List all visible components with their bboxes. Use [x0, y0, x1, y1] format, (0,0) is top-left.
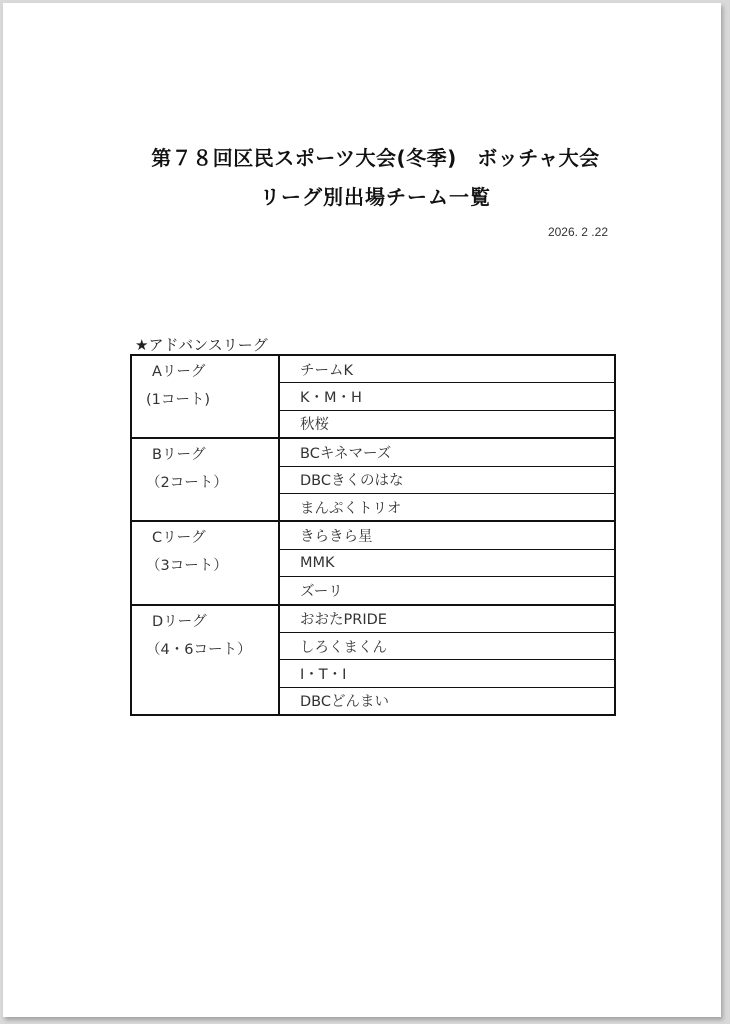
table-row: Dリーグ （4・6コート） おおたPRIDE: [131, 605, 615, 633]
team-cell: K・M・H: [279, 383, 615, 410]
team-cell: MMK: [279, 549, 615, 576]
league-name: Dリーグ: [132, 608, 278, 636]
section-label-advance-league: ★アドバンスリーグ: [135, 334, 268, 355]
team-cell: ズーリ: [279, 577, 615, 605]
league-cell-d: Dリーグ （4・6コート）: [131, 605, 279, 716]
team-cell: きらきら星: [279, 521, 615, 549]
league-table: Aリーグ (1コート) チームK K・M・H 秋桜 Bリーグ （2コート） BC…: [130, 354, 616, 716]
team-cell: まんぷくトリオ: [279, 493, 615, 521]
team-cell: おおたPRIDE: [279, 605, 615, 633]
document-subtitle: リーグ別出場チーム一覧: [3, 181, 730, 210]
league-court: (1コート): [132, 386, 278, 414]
team-cell: I・T・I: [279, 660, 615, 687]
league-name: Aリーグ: [132, 358, 278, 386]
league-court: （4・6コート）: [132, 636, 278, 664]
league-name: Bリーグ: [132, 441, 278, 469]
league-court: （3コート）: [132, 552, 278, 580]
table-row: Bリーグ （2コート） BCキネマーズ: [131, 438, 615, 466]
league-name: Cリーグ: [132, 524, 278, 552]
league-cell-a: Aリーグ (1コート): [131, 355, 279, 438]
team-cell: BCキネマーズ: [279, 438, 615, 466]
league-cell-b: Bリーグ （2コート）: [131, 438, 279, 521]
table-row: Aリーグ (1コート) チームK: [131, 355, 615, 383]
document-date: 2026. 2 .22: [548, 225, 608, 239]
table-row: Cリーグ （3コート） きらきら星: [131, 521, 615, 549]
document-title: 第７８回区民スポーツ大会(冬季) ボッチャ大会: [3, 142, 730, 171]
team-cell: 秋桜: [279, 410, 615, 438]
document-page: 第７８回区民スポーツ大会(冬季) ボッチャ大会 リーグ別出場チーム一覧 2026…: [3, 3, 721, 1017]
team-cell: しろくまくん: [279, 632, 615, 659]
league-cell-c: Cリーグ （3コート）: [131, 521, 279, 604]
league-court: （2コート）: [132, 469, 278, 497]
team-cell: DBCきくのはな: [279, 466, 615, 493]
team-cell: DBCどんまい: [279, 687, 615, 715]
team-cell: チームK: [279, 355, 615, 383]
